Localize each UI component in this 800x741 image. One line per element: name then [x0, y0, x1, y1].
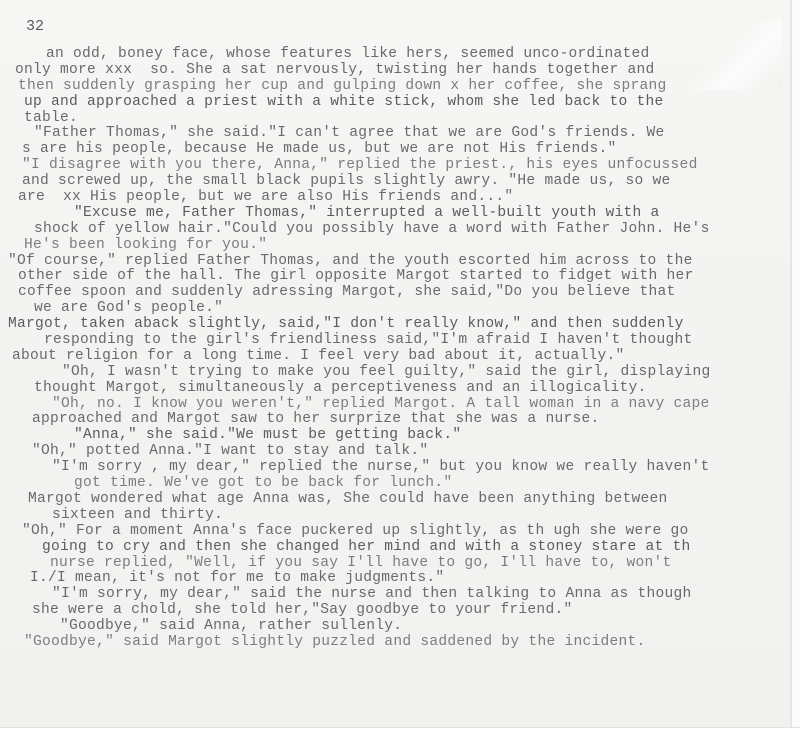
- text-line: up and approached a priest with a white …: [0, 95, 711, 111]
- text-line: "Father Thomas," she said."I can't agree…: [0, 126, 711, 142]
- text-line: going to cry and then she changed her mi…: [0, 540, 711, 556]
- text-line: shock of yellow hair."Could you possibly…: [0, 222, 711, 238]
- scan-edge-bottom: [0, 727, 800, 741]
- text-line: "Of course," replied Father Thomas, and …: [0, 254, 711, 270]
- text-line: "Oh, I wasn't trying to make you feel gu…: [0, 365, 711, 381]
- text-line: "I disagree with you there, Anna," repli…: [0, 158, 711, 174]
- text-line: I./I mean, it's not for me to make judgm…: [0, 571, 711, 587]
- text-line: "Oh, no. I know you weren't," replied Ma…: [0, 397, 711, 413]
- text-line: Margot wondered what age Anna was, She c…: [0, 492, 711, 508]
- text-line: "Anna," she said."We must be getting bac…: [0, 428, 711, 444]
- text-line: Margot, taken aback slightly, said,"I do…: [0, 317, 711, 333]
- text-line: and screwed up, the small black pupils s…: [0, 174, 711, 190]
- text-line: s are his people, because He made us, bu…: [0, 142, 711, 158]
- text-line: "Goodbye," said Margot slightly puzzled …: [0, 635, 711, 651]
- text-line: are xx His people, but we are also His f…: [0, 190, 711, 206]
- text-line: "Goodbye," said Anna, rather sullenly.: [0, 619, 711, 635]
- text-line: coffee spoon and suddenly adressing Marg…: [0, 285, 711, 301]
- text-line: an odd, boney face, whose features like …: [0, 47, 711, 63]
- text-line: table.: [0, 111, 711, 127]
- text-line: "I'm sorry, my dear," said the nurse and…: [0, 587, 711, 603]
- typewritten-page: 32 an odd, boney face, whose features li…: [0, 0, 792, 728]
- text-line: nurse replied, "Well, if you say I'll ha…: [0, 556, 711, 572]
- text-line: we are God's people.": [0, 301, 711, 317]
- text-line: got time. We've got to be back for lunch…: [0, 476, 711, 492]
- text-line: responding to the girl's friendliness sa…: [0, 333, 711, 349]
- text-line: "Oh," For a moment Anna's face puckered …: [0, 524, 711, 540]
- text-line: then suddenly grasping her cup and gulpi…: [0, 79, 711, 95]
- text-line: approached and Margot saw to her surpriz…: [0, 412, 711, 428]
- text-line: only more xxx so. She a sat nervously, t…: [0, 63, 711, 79]
- text-line: "Excuse me, Father Thomas," interrupted …: [0, 206, 711, 222]
- text-line: other side of the hall. The girl opposit…: [0, 269, 711, 285]
- text-line: about religion for a long time. I feel v…: [0, 349, 711, 365]
- text-line: "I'm sorry , my dear," replied the nurse…: [0, 460, 711, 476]
- scan-edge-right: [791, 0, 800, 741]
- text-line: sixteen and thirty.: [0, 508, 711, 524]
- text-line: thought Margot, simultaneously a percept…: [0, 381, 711, 397]
- text-line: she were a chold, she told her,"Say good…: [0, 603, 711, 619]
- manuscript-body: an odd, boney face, whose features like …: [0, 47, 711, 651]
- text-line: "Oh," potted Anna."I want to stay and ta…: [0, 444, 711, 460]
- page-number: 32: [26, 18, 44, 35]
- text-line: He's been looking for you.": [0, 238, 711, 254]
